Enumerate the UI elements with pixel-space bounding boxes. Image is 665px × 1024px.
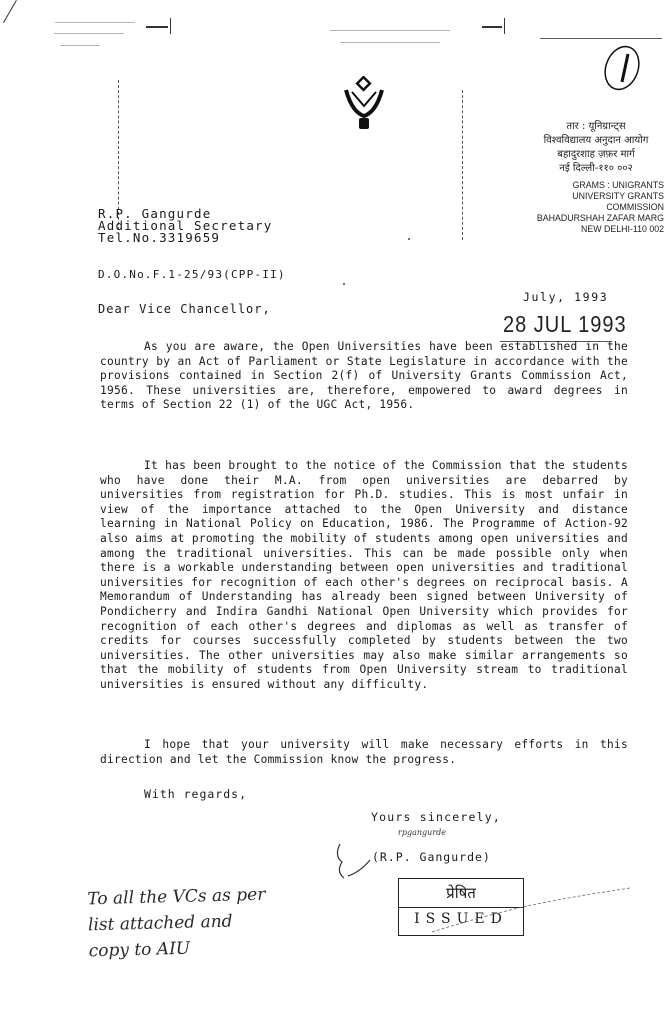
note-line: To all the VCs as per [87,882,266,913]
paragraph-1: As you are aware, the Open Universities … [100,340,628,413]
paragraph-3: I hope that your university will make ne… [100,738,628,767]
closing-regards: With regards, [144,787,247,801]
received-date-stamp: 28 JUL 1993 [503,312,627,338]
letterhead-hindi: तार : यूनिग्रान्ट्स विश्वविद्यालय अनुदान… [528,120,664,176]
lh-eng-line: UNIVERSITY GRANTS COMMISSION [528,191,664,213]
sender-block: R.P. Gangurde Additional Secretary Tel.N… [98,208,273,244]
paragraph-text: As you are aware, the Open Universities … [100,340,628,411]
lh-hindi-line: विश्वविद्यालय अनुदान आयोग [528,134,664,148]
lh-eng-line: NEW DELHI-110 002 [528,224,664,235]
signatory-name: (R.P. Gangurde) [372,850,491,864]
letterhead-english: GRAMS : UNIGRANTS UNIVERSITY GRANTS COMM… [528,180,664,235]
lh-hindi-line: तार : यूनिग्रान्ट्स [528,120,664,134]
handwritten-note: To all the VCs as per list attached and … [87,882,267,965]
note-line: copy to AIU [88,934,267,965]
lh-hindi-line: नई दिल्ली-११० ००२ [528,162,664,176]
lh-hindi-line: बहादुरशाह ज़फ़र मार्ग [528,148,664,162]
paragraph-text: It has been brought to the notice of the… [100,459,628,691]
reference-number: D.O.No.F.1-25/93(CPP-II) [98,268,286,281]
letter-date: July, 1993 [523,290,608,304]
paragraph-2: It has been brought to the notice of the… [100,459,628,693]
signoff: Yours sincerely, [371,810,501,824]
stamp-scribble-icon [430,880,650,944]
paragraph-text: I hope that your university will make ne… [100,738,628,766]
handwritten-bracket-icon [334,842,374,886]
seal-stamp-icon [598,42,646,94]
salutation: Dear Vice Chancellor, [98,302,271,316]
lh-eng-line: BAHADURSHAH ZAFAR MARG [528,213,664,224]
lh-eng-line: GRAMS : UNIGRANTS [528,180,664,191]
signature: rpgangurde [398,828,446,837]
ugc-emblem-icon [342,76,386,136]
letterhead-address: तार : यूनिग्रान्ट्स विश्वविद्यालय अनुदान… [528,120,664,235]
sender-phone: Tel.No.3319659 [98,232,273,244]
